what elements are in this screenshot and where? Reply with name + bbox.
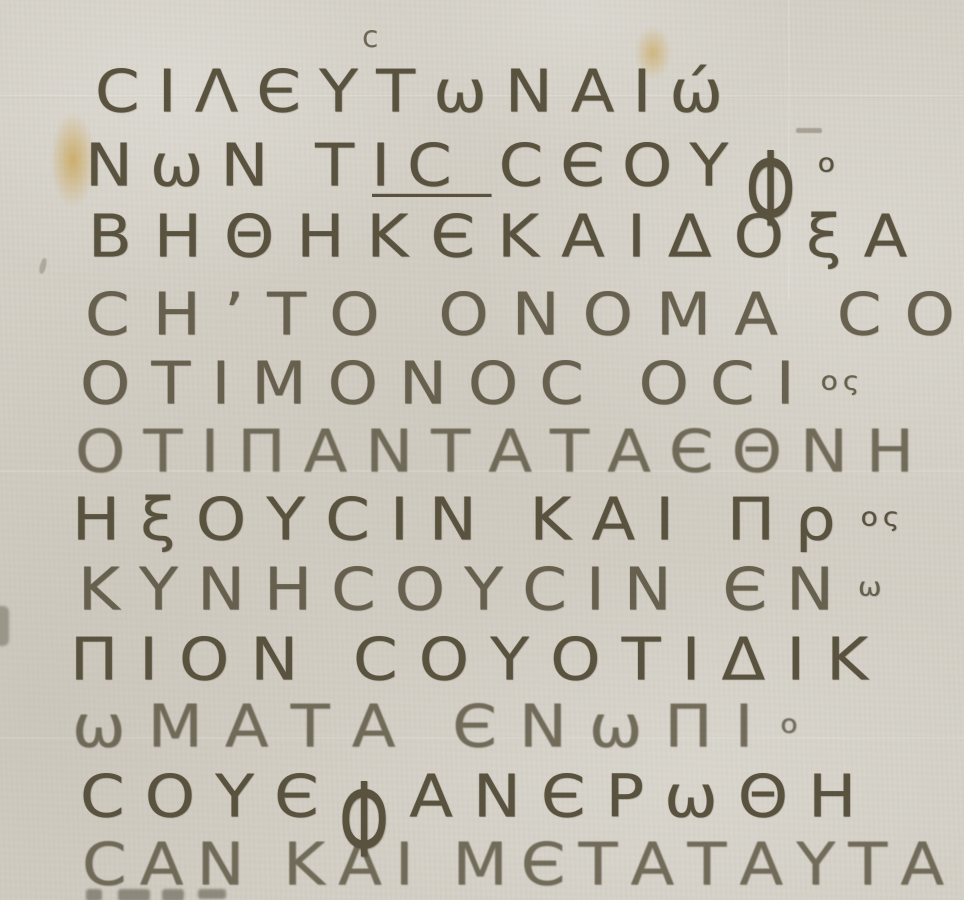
raised-letters: ο bbox=[818, 147, 840, 177]
line-text: CΟΥЄ bbox=[80, 763, 339, 831]
line-text: CΙΛЄΥΤωΝΑΙώ bbox=[95, 58, 741, 126]
uncial-text-line: ΟΤΙΠΑΝΤΑΤΑЄΘΝΗ bbox=[75, 418, 932, 486]
uncial-text-line: ΒΗΘΗΚЄΚΑΙΔΟξΑ bbox=[88, 203, 929, 271]
partial-line-remnant bbox=[162, 889, 184, 900]
raised-letters: ος bbox=[821, 365, 865, 395]
uncial-text-line: ΚΥΝΗCΟΥCΙΝ ЄΝω bbox=[78, 556, 887, 624]
partial-line-remnant bbox=[198, 889, 226, 899]
manuscript-page: c CΙΛЄΥΤωΝΑΙώ ΝωΝ ΤΙC CЄΟΥΦο ΒΗΘΗΚЄΚΑΙΔΟ… bbox=[0, 0, 964, 900]
uncial-text-line: ΗξΟΥCΙΝ ΚΑΙ Προς bbox=[72, 486, 904, 554]
text-column: CΙΛЄΥΤωΝΑΙώ ΝωΝ ΤΙC CЄΟΥΦο ΒΗΘΗΚЄΚΑΙΔΟξΑ… bbox=[0, 0, 964, 900]
line-text: ΒΗΘΗ bbox=[88, 203, 367, 271]
line-text: ΟΤΙΜΟΝΟC ΟCΙ bbox=[80, 350, 816, 418]
uncial-text-line: ΠΙΟΝ CΟΥΟΤΙΔΙΚ bbox=[70, 626, 889, 694]
uncial-text-line: CΙΛЄΥΤωΝΑΙώ bbox=[95, 58, 741, 126]
line-text: ΑΝЄΡωΘΗ bbox=[409, 763, 876, 831]
line-text: ΠΙΟΝ CΟΥΟΤΙΔΙΚ bbox=[70, 626, 889, 694]
line-text: ωΜΑΤΑ ЄΝωΠΙ bbox=[72, 693, 775, 761]
nomen-sacrum-ke: ΚЄ bbox=[367, 194, 498, 271]
line-text: CΗʼΤΟ ΟΝΟΜΑ CΟΥ bbox=[85, 281, 964, 349]
line-text: ΝωΝ ΤΙC CЄΟΥ bbox=[85, 132, 745, 200]
line-text: ΗξΟΥCΙΝ ΚΑΙ Πρ bbox=[72, 486, 856, 554]
uncial-text-line: CΟΥЄΦΑΝЄΡωΘΗ bbox=[80, 763, 876, 831]
line-text: ΚΥΝΗCΟΥCΙΝ ЄΝ bbox=[78, 556, 853, 624]
line-text: ΚΑΙΔΟξΑ bbox=[497, 203, 929, 271]
partial-line-remnant bbox=[86, 889, 102, 900]
uncial-text-line: ωΜΑΤΑ ЄΝωΠΙο bbox=[72, 693, 803, 761]
raised-letters: ο bbox=[780, 708, 802, 738]
raised-letters: ος bbox=[861, 501, 905, 531]
uncial-text-line: ΝωΝ ΤΙC CЄΟΥΦο bbox=[85, 132, 840, 200]
uncial-text-line: ΟΤΙΜΟΝΟC ΟCΙος bbox=[80, 350, 864, 418]
raised-letters: ω bbox=[858, 571, 887, 601]
uncial-text-line: CΗʼΤΟ ΟΝΟΜΑ CΟΥ bbox=[85, 281, 964, 349]
partial-line-remnant bbox=[118, 889, 150, 900]
line-text: ΟΤΙΠΑΝΤΑΤΑЄΘΝΗ bbox=[75, 418, 932, 486]
